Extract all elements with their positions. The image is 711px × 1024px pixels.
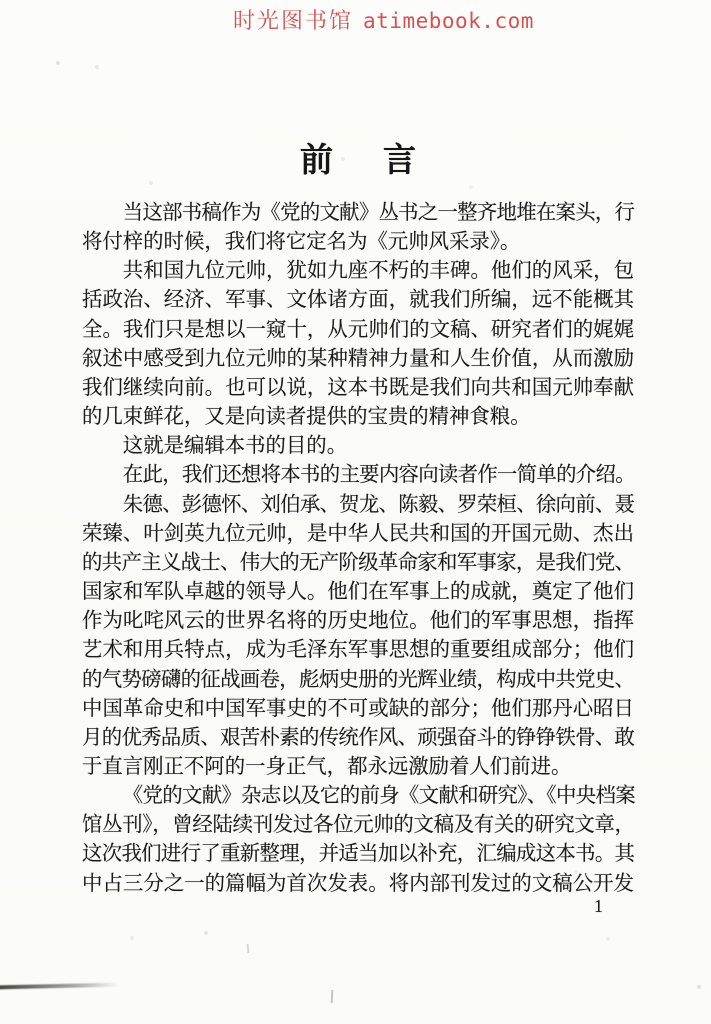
text-line: 中国革命史和中国军事史的不可或缺的部分；他们那丹心昭日 bbox=[82, 695, 634, 724]
scanned-book-page: 时光图书馆 atimebook.com 前 言 当这部书稿作为《党的文献》丛书之… bbox=[0, 0, 711, 1024]
text-line: 朱德、彭德怀、刘伯承、贺龙、陈毅、罗荣桓、徐向前、聂 bbox=[82, 491, 634, 520]
paragraph-2: 共和国九位元帅，犹如九座不朽的丰碑。他们的风采，包 括政治、经济、军事、文体诸方… bbox=[82, 257, 634, 432]
text-line: 在此，我们还想将本书的主要内容向读者作一简单的介绍。 bbox=[82, 461, 634, 490]
text-line: 这就是编辑本书的目的。 bbox=[82, 432, 634, 461]
title-char-1: 前 bbox=[300, 134, 333, 181]
text-line: 中占三分之一的篇幅为首次发表。将内部刊发过的文稿公开发 bbox=[82, 870, 634, 899]
scan-mark-artifact bbox=[247, 944, 250, 953]
text-line: 国家和军队卓越的领导人。他们在军事上的成就，奠定了他们 bbox=[82, 578, 634, 607]
text-line: 荣臻、叶剑英九位元帅，是中华人民共和国的开国元勋、杰出 bbox=[82, 520, 634, 549]
watermark-library-name: 时光图书馆 bbox=[233, 4, 353, 35]
text-line: 的几束鲜花，又是向读者提供的宝贵的精神食粮。 bbox=[82, 403, 634, 432]
watermark-site-url: atimebook.com bbox=[363, 9, 534, 33]
text-line: 这次我们进行了重新整理，并适当加以补充，汇编成这本书。其 bbox=[82, 840, 634, 869]
text-line: 全。我们只是想以一窥十，从元帅们的文稿、研究者们的娓娓 bbox=[82, 316, 634, 345]
text-line: 月的优秀品质、艰苦朴素的传统作风、顽强奋斗的铮铮铁骨、敢 bbox=[82, 724, 634, 753]
text-line: 叙述中感受到九位元帅的某种精神力量和人生价值，从而激励 bbox=[82, 345, 634, 374]
text-line: 《党的文献》杂志以及它的前身《文献和研究》、《中央档案 bbox=[82, 782, 634, 811]
scan-speckles bbox=[0, 0, 2, 2]
paragraph-5: 朱德、彭德怀、刘伯承、贺龙、陈毅、罗荣桓、徐向前、聂 荣臻、叶剑英九位元帅，是中… bbox=[82, 491, 634, 783]
text-line: 当这部书稿作为《党的文献》丛书之一整齐地堆在案头，行 bbox=[82, 199, 634, 228]
text-line: 将付梓的时候，我们将它定名为《元帅风采录》。 bbox=[82, 228, 634, 257]
page-title: 前 言 bbox=[82, 134, 634, 181]
page-number: 1 bbox=[594, 896, 603, 917]
scan-streak-artifact bbox=[0, 983, 119, 990]
text-line: 我们继续向前。也可以说，这本书既是我们向共和国元帅奉献 bbox=[82, 374, 634, 403]
paragraph-3: 这就是编辑本书的目的。 bbox=[82, 432, 634, 461]
text-line: 作为叱咤风云的世界名将的历史地位。他们的军事思想，指挥 bbox=[82, 607, 634, 636]
paragraph-1: 当这部书稿作为《党的文献》丛书之一整齐地堆在案头，行 将付梓的时候，我们将它定名… bbox=[82, 199, 634, 257]
text-line: 括政治、经济、军事、文体诸方面，就我们所编，远不能概其 bbox=[82, 286, 634, 315]
text-line: 于直言刚正不阿的一身正气，都永远激励着人们前进。 bbox=[82, 753, 634, 782]
text-line: 共和国九位元帅，犹如九座不朽的丰碑。他们的风采，包 bbox=[82, 257, 634, 286]
body-text: 当这部书稿作为《党的文献》丛书之一整齐地堆在案头，行 将付梓的时候，我们将它定名… bbox=[82, 199, 634, 899]
watermark: 时光图书馆 atimebook.com bbox=[233, 4, 534, 35]
scan-mark-artifact bbox=[331, 990, 334, 1003]
title-char-2: 言 bbox=[383, 134, 416, 181]
text-line: 艺术和用兵特点，成为毛泽东军事思想的重要组成部分；他们 bbox=[82, 636, 634, 665]
text-line: 馆丛刊》，曾经陆续刊发过各位元帅的文稿及有关的研究文章， bbox=[82, 811, 634, 840]
paragraph-4: 在此，我们还想将本书的主要内容向读者作一简单的介绍。 bbox=[82, 461, 634, 490]
text-line: 的气势磅礴的征战画卷，彪炳史册的光辉业绩，构成中共党史、 bbox=[82, 666, 634, 695]
text-line: 的共产主义战士、伟大的无产阶级革命家和军事家，是我们党、 bbox=[82, 549, 634, 578]
paragraph-6: 《党的文献》杂志以及它的前身《文献和研究》、《中央档案 馆丛刊》，曾经陆续刊发过… bbox=[82, 782, 634, 899]
